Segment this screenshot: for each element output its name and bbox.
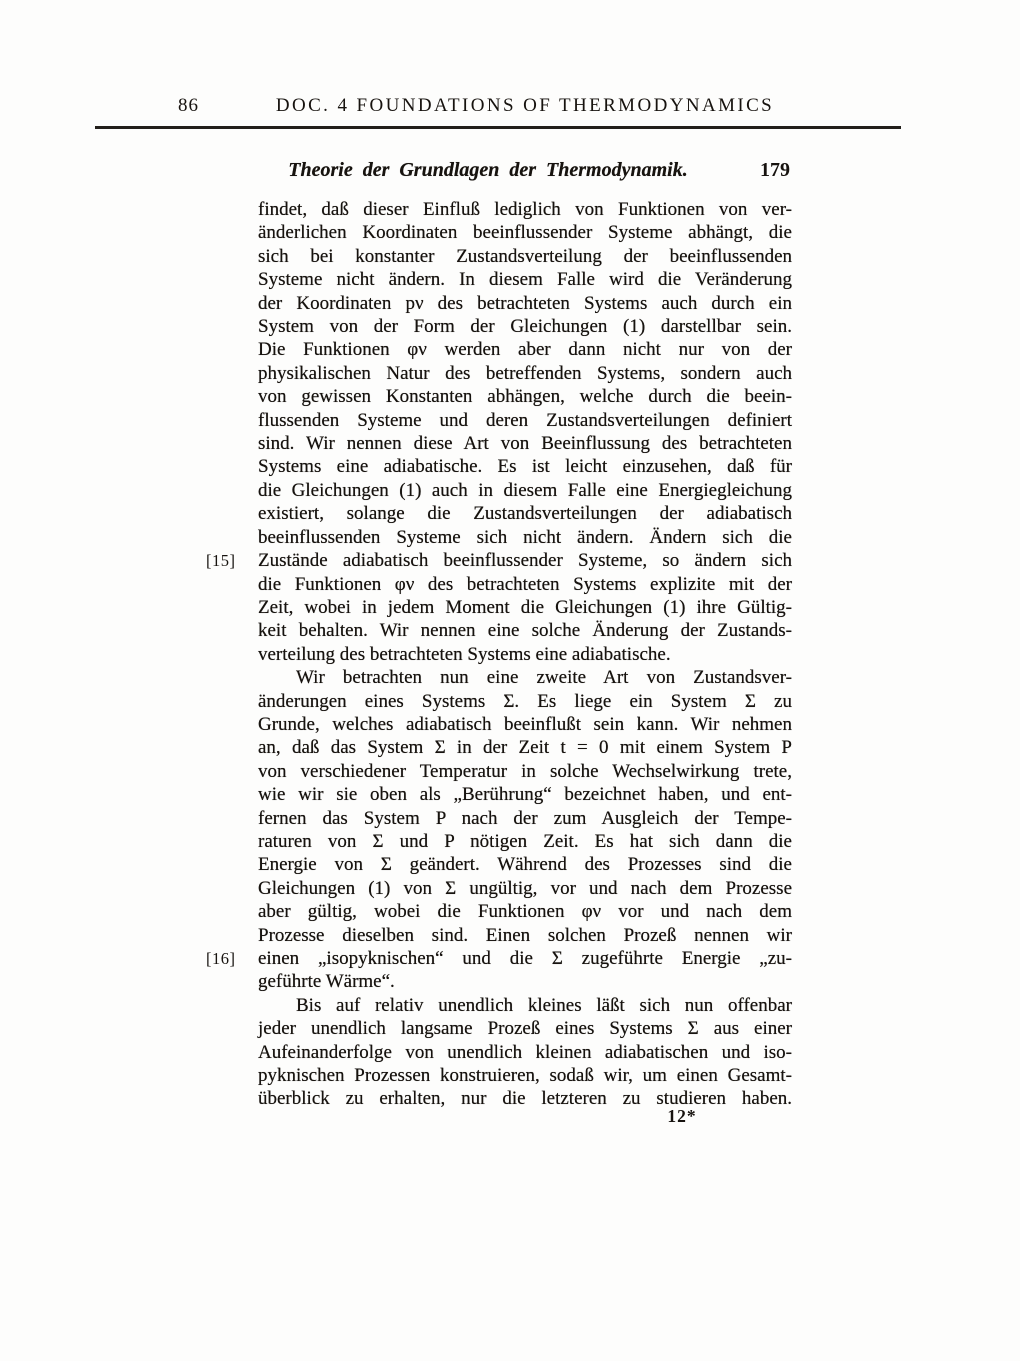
text-line: sind. Wir nennen diese Art von Beeinflus… [258, 432, 792, 455]
line-text: Systeme nicht ändern. In diesem Falle wi… [258, 269, 792, 290]
line-text: wie wir sie oben als „Berührung“ bezeich… [258, 784, 792, 805]
text-line: [16]einen „isopyknischen“ und die Σ zuge… [258, 947, 792, 970]
book-page-number: 86 [178, 95, 199, 117]
line-text: an, daß das System Σ in der Zeit t = 0 m… [258, 737, 792, 758]
text-line: [15]Zustände adiabatisch beeinflussender… [258, 549, 792, 572]
line-text: Grunde, welches adiabatisch beeinflußt s… [258, 714, 792, 735]
text-line: aber gültig, wobei die Funktionen φν vor… [258, 900, 792, 923]
line-text: von verschiedener Temperatur in solche W… [258, 761, 792, 782]
text-line: wie wir sie oben als „Berührung“ bezeich… [258, 783, 792, 806]
text-line: von gewissen Konstanten abhängen, welche… [258, 385, 792, 408]
line-text: System von der Form der Gleichungen (1) … [258, 316, 792, 337]
line-text: aber gültig, wobei die Funktionen φν vor… [258, 901, 792, 922]
text-line: von verschiedener Temperatur in solche W… [258, 760, 792, 783]
line-text: flussenden Systeme und deren Zustandsver… [258, 410, 792, 431]
line-text: Die Funktionen φν werden aber dann nicht… [258, 339, 792, 360]
line-text: die Gleichungen (1) auch in diesem Falle… [258, 480, 792, 501]
line-text: Prozesse dieselben sind. Einen solchen P… [258, 925, 792, 946]
line-text: von gewissen Konstanten abhängen, welche… [258, 386, 792, 407]
text-line: findet, daß dieser Einfluß lediglich von… [258, 198, 792, 221]
printers-signature-mark: 12* [650, 1106, 714, 1127]
scanned-book-page: 86 DOC. 4 FOUNDATIONS OF THERMODYNAMICS … [0, 0, 1020, 1361]
line-text: einen „isopyknischen“ und die Σ zugeführ… [258, 948, 792, 969]
text-line: Zeit, wobei in jedem Moment die Gleichun… [258, 596, 792, 619]
line-text: raturen von Σ und P nötigen Zeit. Es hat… [258, 831, 792, 852]
line-text: Bis auf relativ unendlich kleines läßt s… [296, 995, 792, 1016]
line-text: pyknischen Prozessen konstruieren, sodaß… [258, 1065, 792, 1086]
text-line: Die Funktionen φν werden aber dann nicht… [258, 338, 792, 361]
text-line: pyknischen Prozessen konstruieren, sodaß… [258, 1064, 792, 1087]
text-line: die Funktionen φν des betrachteten Syste… [258, 573, 792, 596]
document-title: Theorie der Grundlagen der Thermodynamik… [258, 159, 718, 182]
text-line: Systems eine adiabatische. Es ist leicht… [258, 455, 792, 478]
header-rule [95, 126, 901, 129]
text-line: Energie von Σ geändert. Während des Proz… [258, 853, 792, 876]
text-line: flussenden Systeme und deren Zustandsver… [258, 409, 792, 432]
editorial-margin-note: [16] [206, 947, 236, 970]
text-line: physikalischen Natur des betreffenden Sy… [258, 362, 792, 385]
line-text: jeder unendlich langsame Prozeß eines Sy… [258, 1018, 792, 1039]
line-text: Wir betrachten nun eine zweite Art von Z… [296, 667, 792, 688]
line-text: die Funktionen φν des betrachteten Syste… [258, 574, 792, 595]
text-line: Gleichungen (1) von Σ ungültig, vor und … [258, 877, 792, 900]
original-page-number: 179 [757, 159, 793, 182]
text-line: fernen das System P nach der zum Ausglei… [258, 807, 792, 830]
text-line: existiert, solange die Zustandsverteilun… [258, 502, 792, 525]
text-line: raturen von Σ und P nötigen Zeit. Es hat… [258, 830, 792, 853]
text-line: Bis auf relativ unendlich kleines läßt s… [258, 994, 792, 1017]
text-line: änderungen eines Systems Σ. Es liege ein… [258, 690, 792, 713]
running-head-title: DOC. 4 FOUNDATIONS OF THERMODYNAMICS [258, 95, 792, 117]
line-text: änderungen eines Systems Σ. Es liege ein… [258, 691, 792, 712]
text-line: die Gleichungen (1) auch in diesem Falle… [258, 479, 792, 502]
line-text: Aufeinanderfolge von unendlich kleinen a… [258, 1042, 792, 1063]
text-line: der Koordinaten pν des betrachteten Syst… [258, 292, 792, 315]
text-line: Wir betrachten nun eine zweite Art von Z… [258, 666, 792, 689]
line-text: sind. Wir nennen diese Art von Beeinflus… [258, 433, 792, 454]
line-text: existiert, solange die Zustandsverteilun… [258, 503, 792, 524]
line-text: findet, daß dieser Einfluß lediglich von… [258, 199, 792, 220]
line-text: fernen das System P nach der zum Ausglei… [258, 808, 792, 829]
line-text: Zeit, wobei in jedem Moment die Gleichun… [258, 597, 792, 618]
line-text: Zustände adiabatisch beeinflussender Sys… [258, 550, 792, 571]
line-text: Systems eine adiabatische. Es ist leicht… [258, 456, 792, 477]
text-line: keit behalten. Wir nennen eine solche Än… [258, 619, 792, 642]
line-text: sich bei konstanter Zustandsverteilung d… [258, 246, 792, 267]
line-text: änderlichen Koordinaten beeinflussender … [258, 222, 792, 243]
body-text: findet, daß dieser Einfluß lediglich von… [258, 198, 792, 1111]
line-text: physikalischen Natur des betreffenden Sy… [258, 363, 792, 384]
text-line: Grunde, welches adiabatisch beeinflußt s… [258, 713, 792, 736]
line-text: der Koordinaten pν des betrachteten Syst… [258, 293, 792, 314]
text-line: Prozesse dieselben sind. Einen solchen P… [258, 924, 792, 947]
text-line: Systeme nicht ändern. In diesem Falle wi… [258, 268, 792, 291]
line-text: geführte Wärme“. [258, 971, 395, 992]
text-line: änderlichen Koordinaten beeinflussender … [258, 221, 792, 244]
line-text: Gleichungen (1) von Σ ungültig, vor und … [258, 878, 792, 899]
text-line: beeinflussenden Systeme sich nicht änder… [258, 526, 792, 549]
line-text: Energie von Σ geändert. Während des Proz… [258, 854, 792, 875]
text-line: System von der Form der Gleichungen (1) … [258, 315, 792, 338]
text-line: sich bei konstanter Zustandsverteilung d… [258, 245, 792, 268]
line-text: verteilung des betrachteten Systems eine… [258, 644, 671, 665]
text-line: verteilung des betrachteten Systems eine… [258, 643, 792, 666]
text-line: jeder unendlich langsame Prozeß eines Sy… [258, 1017, 792, 1040]
text-line: an, daß das System Σ in der Zeit t = 0 m… [258, 736, 792, 759]
line-text: keit behalten. Wir nennen eine solche Än… [258, 620, 792, 641]
editorial-margin-note: [15] [206, 549, 236, 572]
line-text: beeinflussenden Systeme sich nicht änder… [258, 527, 792, 548]
text-line: Aufeinanderfolge von unendlich kleinen a… [258, 1041, 792, 1064]
text-line: geführte Wärme“. [258, 970, 792, 993]
